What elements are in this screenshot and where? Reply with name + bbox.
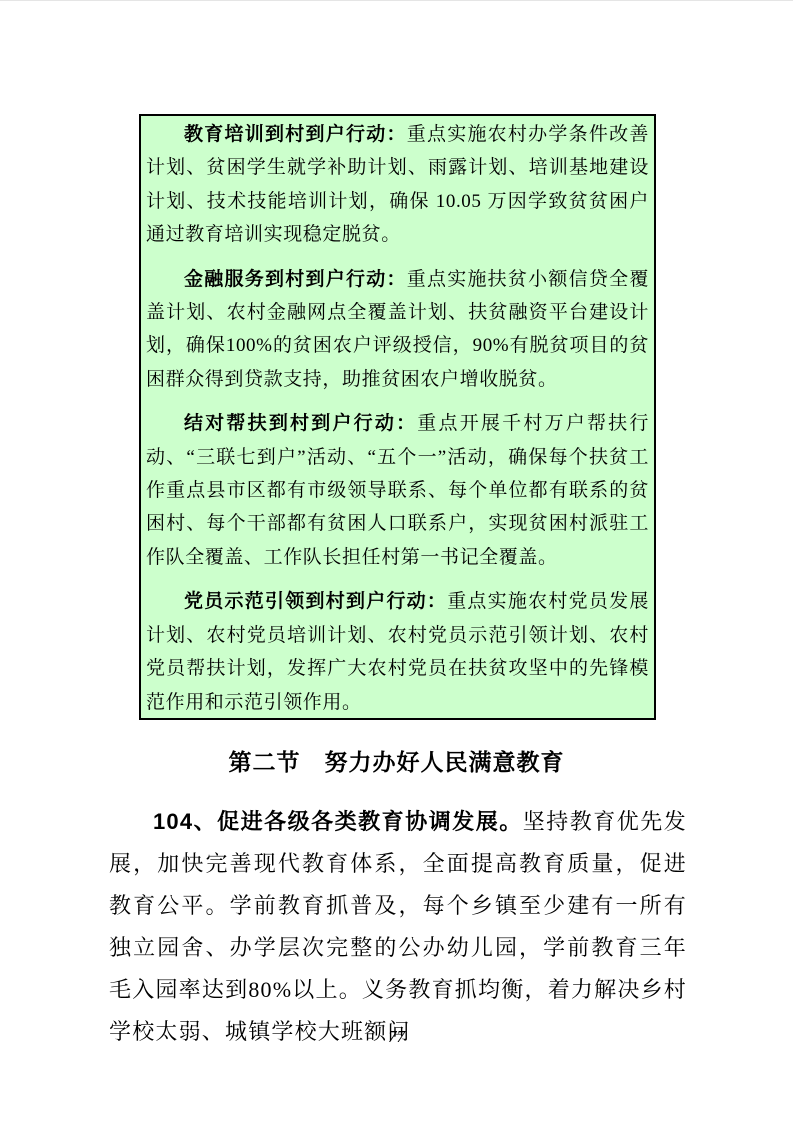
page-number: 77 xyxy=(0,1027,793,1047)
paragraph-text: 坚持教育优先发展，加快完善现代教育体系，全面提高教育质量，促进教育公平。学前教育… xyxy=(109,809,687,1044)
box-paragraph-financial-services: 金融服务到村到户行动：重点实施扶贫小额信贷全覆盖计划、农村金融网点全覆盖计划、扶… xyxy=(146,263,649,397)
document-page: 教育培训到村到户行动：重点实施农村办学条件改善计划、贫困学生就学补助计划、雨露计… xyxy=(0,0,793,1122)
section-heading: 第二节 努力办好人民满意教育 xyxy=(0,748,793,778)
paragraph-lead: 104、促进各级各类教育协调发展。 xyxy=(153,809,523,834)
paragraph-lead: 教育培训到村到户行动： xyxy=(184,124,407,145)
highlight-box: 教育培训到村到户行动：重点实施农村办学条件改善计划、贫困学生就学补助计划、雨露计… xyxy=(139,114,656,720)
box-paragraph-party-member-model: 党员示范引领到村到户行动：重点实施农村党员发展计划、农村党员培训计划、农村党员示… xyxy=(146,585,649,719)
paragraph-lead: 党员示范引领到村到户行动： xyxy=(184,591,447,612)
paragraph-lead: 结对帮扶到村到户行动： xyxy=(184,413,417,434)
paragraph-lead: 金融服务到村到户行动： xyxy=(184,269,407,290)
body-paragraph-104: 104、促进各级各类教育协调发展。坚持教育优先发展，加快完善现代教育体系，全面提… xyxy=(109,801,687,1053)
paragraph-text: 重点开展千村万户帮扶行动、“三联七到户”活动、“五个一”活动，确保每个扶贫工作重… xyxy=(146,413,649,568)
box-paragraph-education-training: 教育培训到村到户行动：重点实施农村办学条件改善计划、贫困学生就学补助计划、雨露计… xyxy=(146,118,649,252)
box-paragraph-pairing-assistance: 结对帮扶到村到户行动：重点开展千村万户帮扶行动、“三联七到户”活动、“五个一”活… xyxy=(146,407,649,574)
